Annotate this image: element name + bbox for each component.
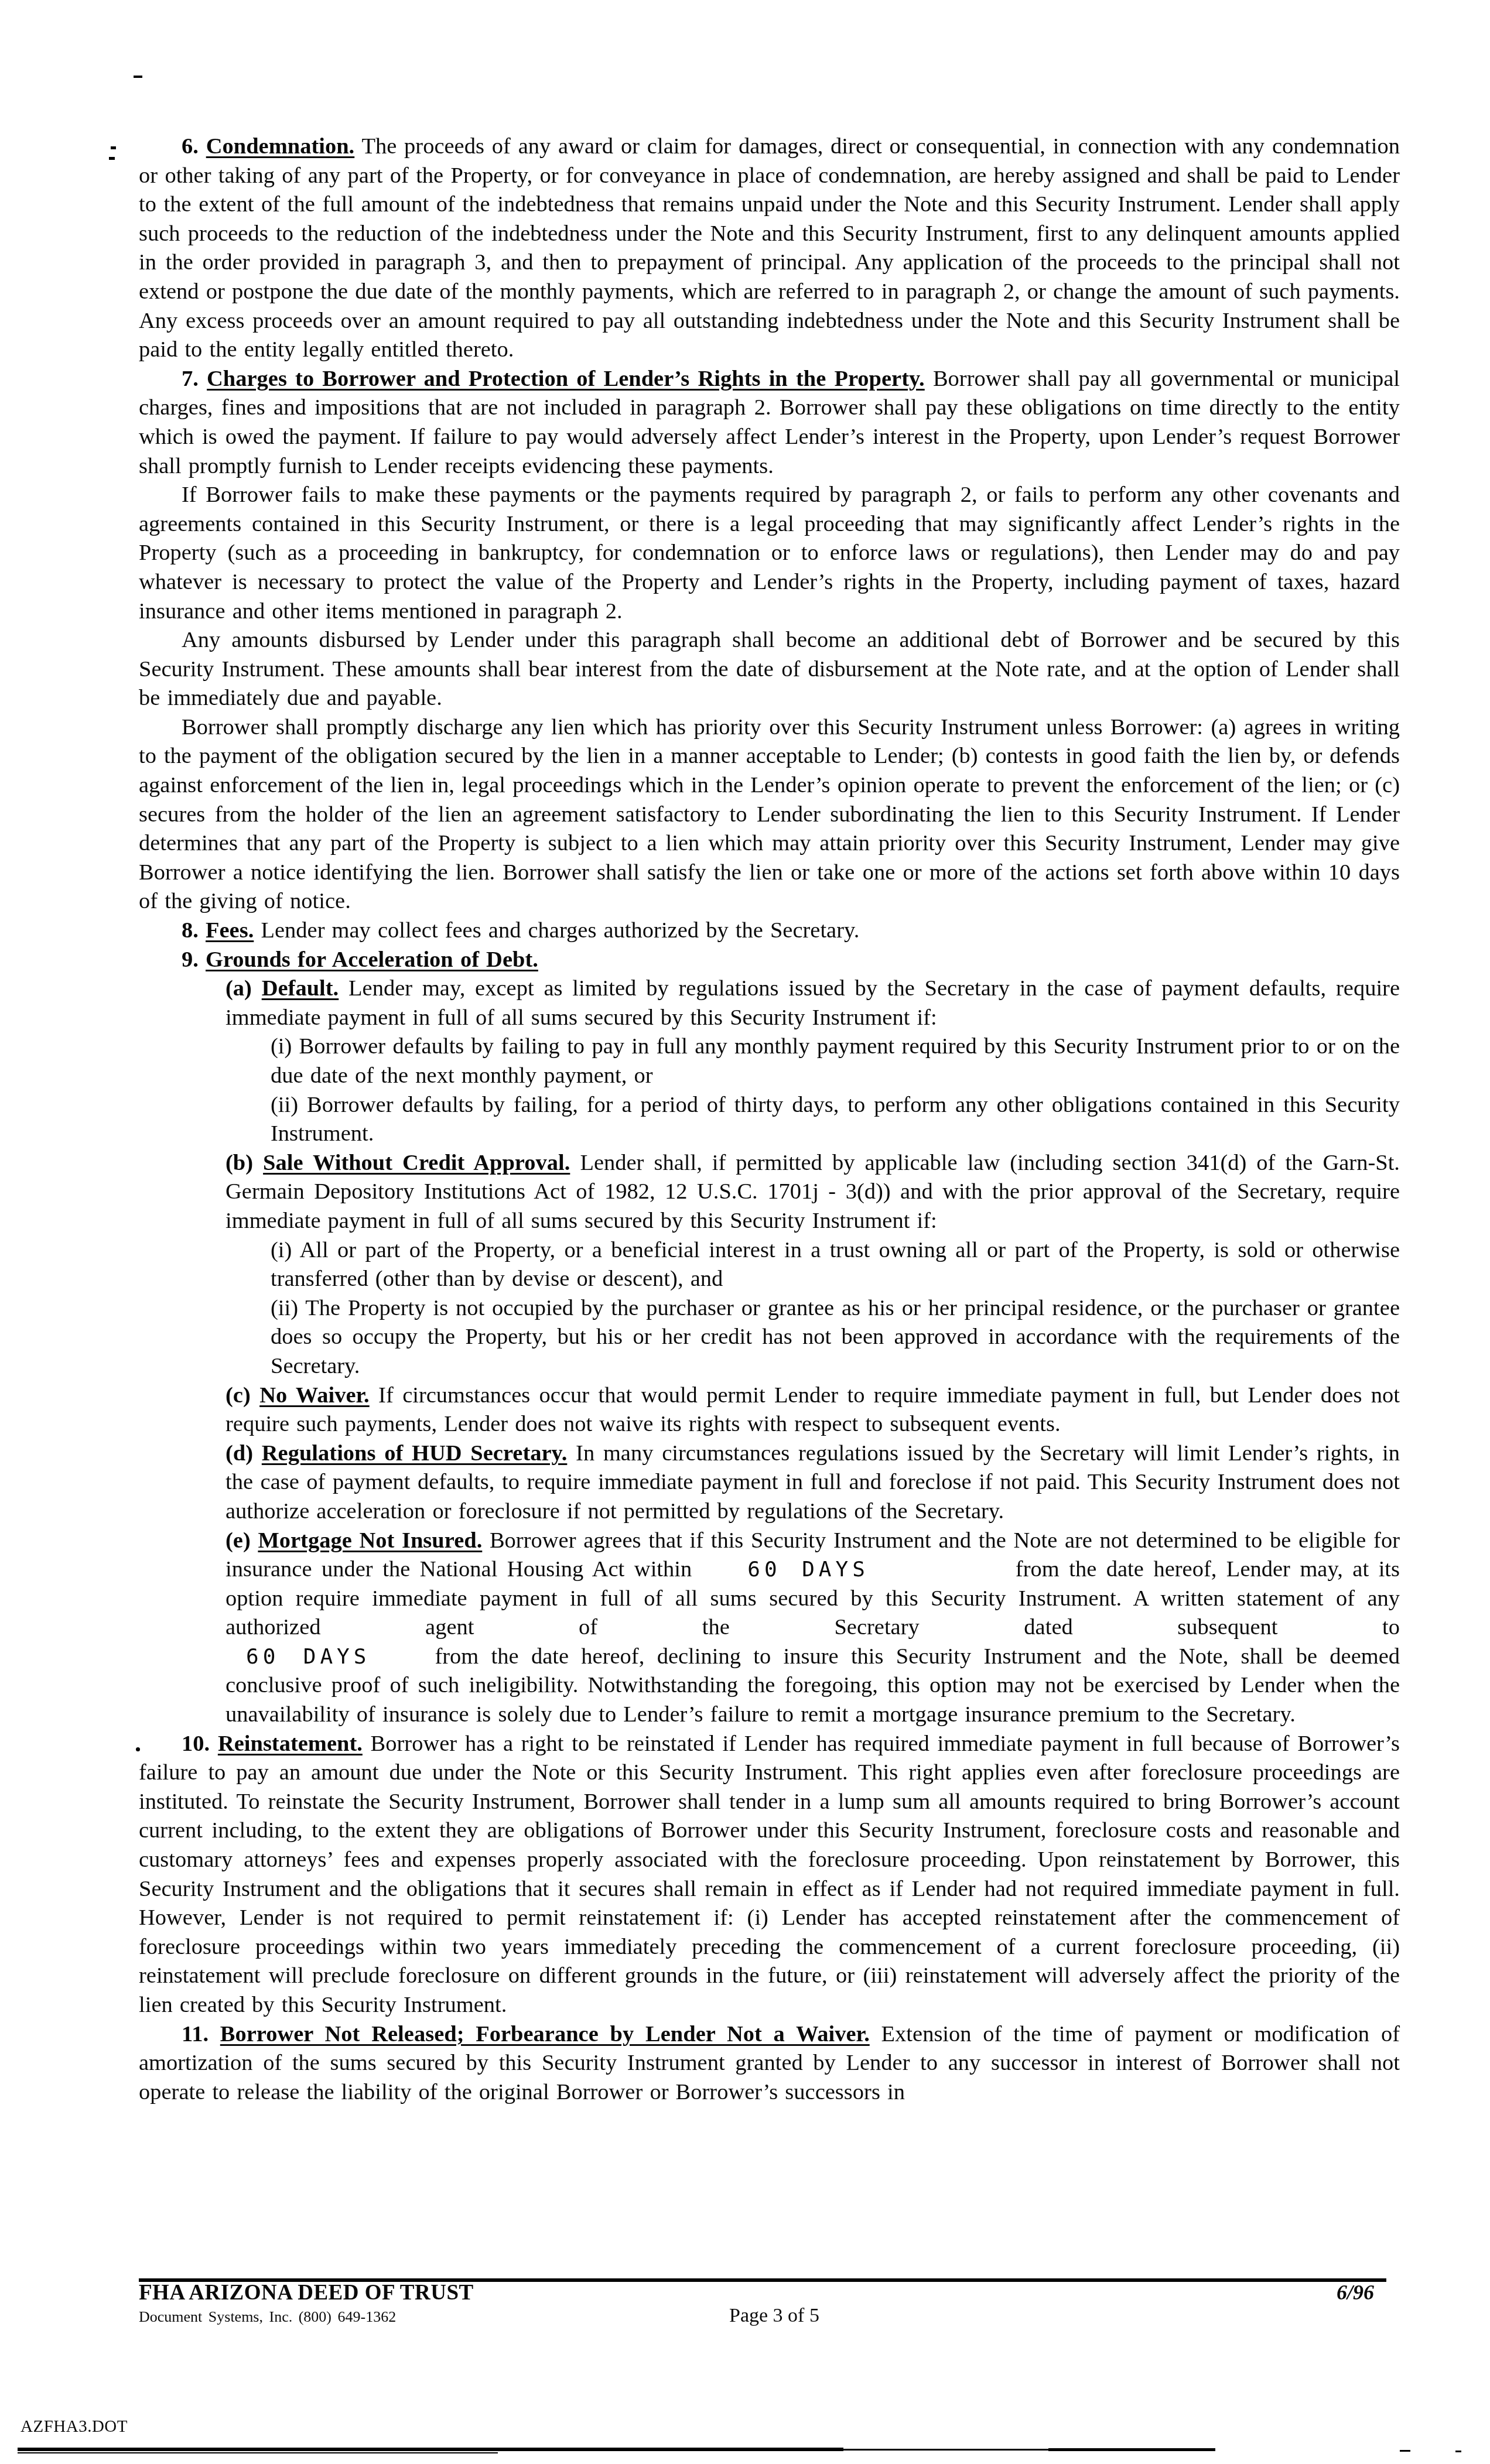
paragraph-text: The proceeds of any award or claim for d… [139,134,1400,362]
paragraph-9d-regulations-of-hud-secretary: (d) Regulations of HUD Secretary. In man… [225,1439,1400,1527]
paragraph-number: (a) [225,976,262,1001]
paragraph-heading: Regulations of HUD Secretary. [262,1441,568,1466]
paragraph-text: (ii) Borrower defaults by failing, for a… [271,1093,1400,1147]
paragraph-number: 9. [182,947,206,972]
paragraph-heading: Grounds for Acceleration of Debt. [206,947,538,972]
paragraph-9c-no-waiver: (c) No Waiver. If circumstances occur th… [225,1381,1400,1439]
paragraph-10-reinstatement: 10. Reinstatement. Borrower has a right … [139,1730,1400,2020]
document-body: 6. Condemnation. The proceeds of any awa… [139,132,1400,2107]
paragraph-9a-i: (i) Borrower defaults by failing to pay … [271,1032,1400,1090]
paragraph-heading: Charges to Borrower and Protection of Le… [207,367,925,391]
paragraph-11-borrower-not-released: 11. Borrower Not Released; Forbearance b… [139,2020,1400,2107]
vendor-line: Document Systems, Inc. (800) 649-1362 [139,2308,396,2326]
paragraph-heading: Mortgage Not Insured. [258,1528,482,1553]
paragraph-9e-mortgage-not-insured: (e) Mortgage Not Insured. Borrower agree… [225,1527,1400,1642]
paragraph-heading: No Waiver. [259,1383,370,1408]
paragraph-text: (ii) The Property is not occupied by the… [271,1296,1400,1378]
paragraph-heading: Condemnation. [206,134,355,159]
scan-edge-line [1400,2450,1410,2452]
scanned-document-page: 6. Condemnation. The proceeds of any awa… [0,0,1490,2464]
paragraph-9-grounds: 9. Grounds for Acceleration of Debt. [139,946,1400,975]
scan-edge-line [843,2449,1048,2451]
template-file-label: AZFHA3.DOT [20,2417,128,2436]
paragraph-7-cont-2: Any amounts disbursed by Lender under th… [139,626,1400,713]
paragraph-number: 11. [182,2022,220,2047]
form-field-days: 60 DAYS [246,1645,370,1669]
paragraph-number: (d) [225,1441,262,1466]
paragraph-number: 6. [182,134,206,159]
paragraph-text: from the date hereof, declining to insur… [225,1644,1400,1727]
paragraph-7-charges: 7. Charges to Borrower and Protection of… [139,365,1400,481]
form-field-days: 60 DAYS [747,1558,869,1582]
paragraph-number: 8. [182,918,206,943]
paragraph-number: 10. [182,1731,218,1756]
paragraph-9b-sale-without-credit-approval: (b) Sale Without Credit Approval. Lender… [225,1149,1400,1236]
paragraph-text: Lender may, except as limited by regulat… [225,976,1400,1030]
paragraph-9b-i: (i) All or part of the Property, or a be… [271,1236,1400,1294]
paragraph-text: Borrower has a right to be reinstated if… [139,1731,1400,2017]
paragraph-heading: Fees. [206,918,254,943]
paragraph-9a-ii: (ii) Borrower defaults by failing, for a… [271,1091,1400,1149]
page-indicator: Page 3 of 5 [729,2305,819,2327]
paragraph-text: Any amounts disbursed by Lender under th… [139,628,1400,710]
paragraph-text: Lender may collect fees and charges auth… [254,918,859,943]
scan-speck [109,157,115,160]
scan-edge-line [18,2448,843,2451]
paragraph-text: If Borrower fails to make these payments… [139,482,1400,623]
scan-edge-line [18,2452,498,2453]
paragraph-7-cont-3: Borrower shall promptly discharge any li… [139,713,1400,916]
paragraph-number: (b) [225,1151,263,1175]
paragraph-heading: Borrower Not Released; Forbearance by Le… [220,2022,870,2047]
form-name: FHA ARIZONA DEED OF TRUST [139,2280,474,2305]
paragraph-heading: Reinstatement. [218,1731,363,1756]
paragraph-text: (i) All or part of the Property, or a be… [271,1238,1400,1292]
scan-speck [134,76,142,78]
paragraph-text: (i) Borrower defaults by failing to pay … [271,1034,1400,1088]
form-revision-date: 6/96 [1337,2280,1374,2305]
paragraph-number: (c) [225,1383,259,1408]
paragraph-9a-default: (a) Default. Lender may, except as limit… [225,974,1400,1032]
paragraph-8-fees: 8. Fees. Lender may collect fees and cha… [139,916,1400,946]
paragraph-6-condemnation: 6. Condemnation. The proceeds of any awa… [139,132,1400,365]
scan-edge-line [1048,2448,1215,2451]
paragraph-text: If circumstances occur that would permit… [225,1383,1400,1437]
scan-edge-line [1455,2451,1461,2452]
scan-speck [111,146,116,149]
paragraph-9b-ii: (ii) The Property is not occupied by the… [271,1294,1400,1381]
paragraph-9e-continuation: 60 DAYSfrom the date hereof, declining t… [225,1642,1400,1730]
paragraph-heading: Sale Without Credit Approval. [263,1151,570,1175]
paragraph-heading: Default. [262,976,339,1001]
paragraph-text: Borrower shall promptly discharge any li… [139,715,1400,914]
paragraph-7-cont-1: If Borrower fails to make these payments… [139,481,1400,626]
paragraph-number: (e) [225,1528,258,1553]
paragraph-number: 7. [182,367,207,391]
